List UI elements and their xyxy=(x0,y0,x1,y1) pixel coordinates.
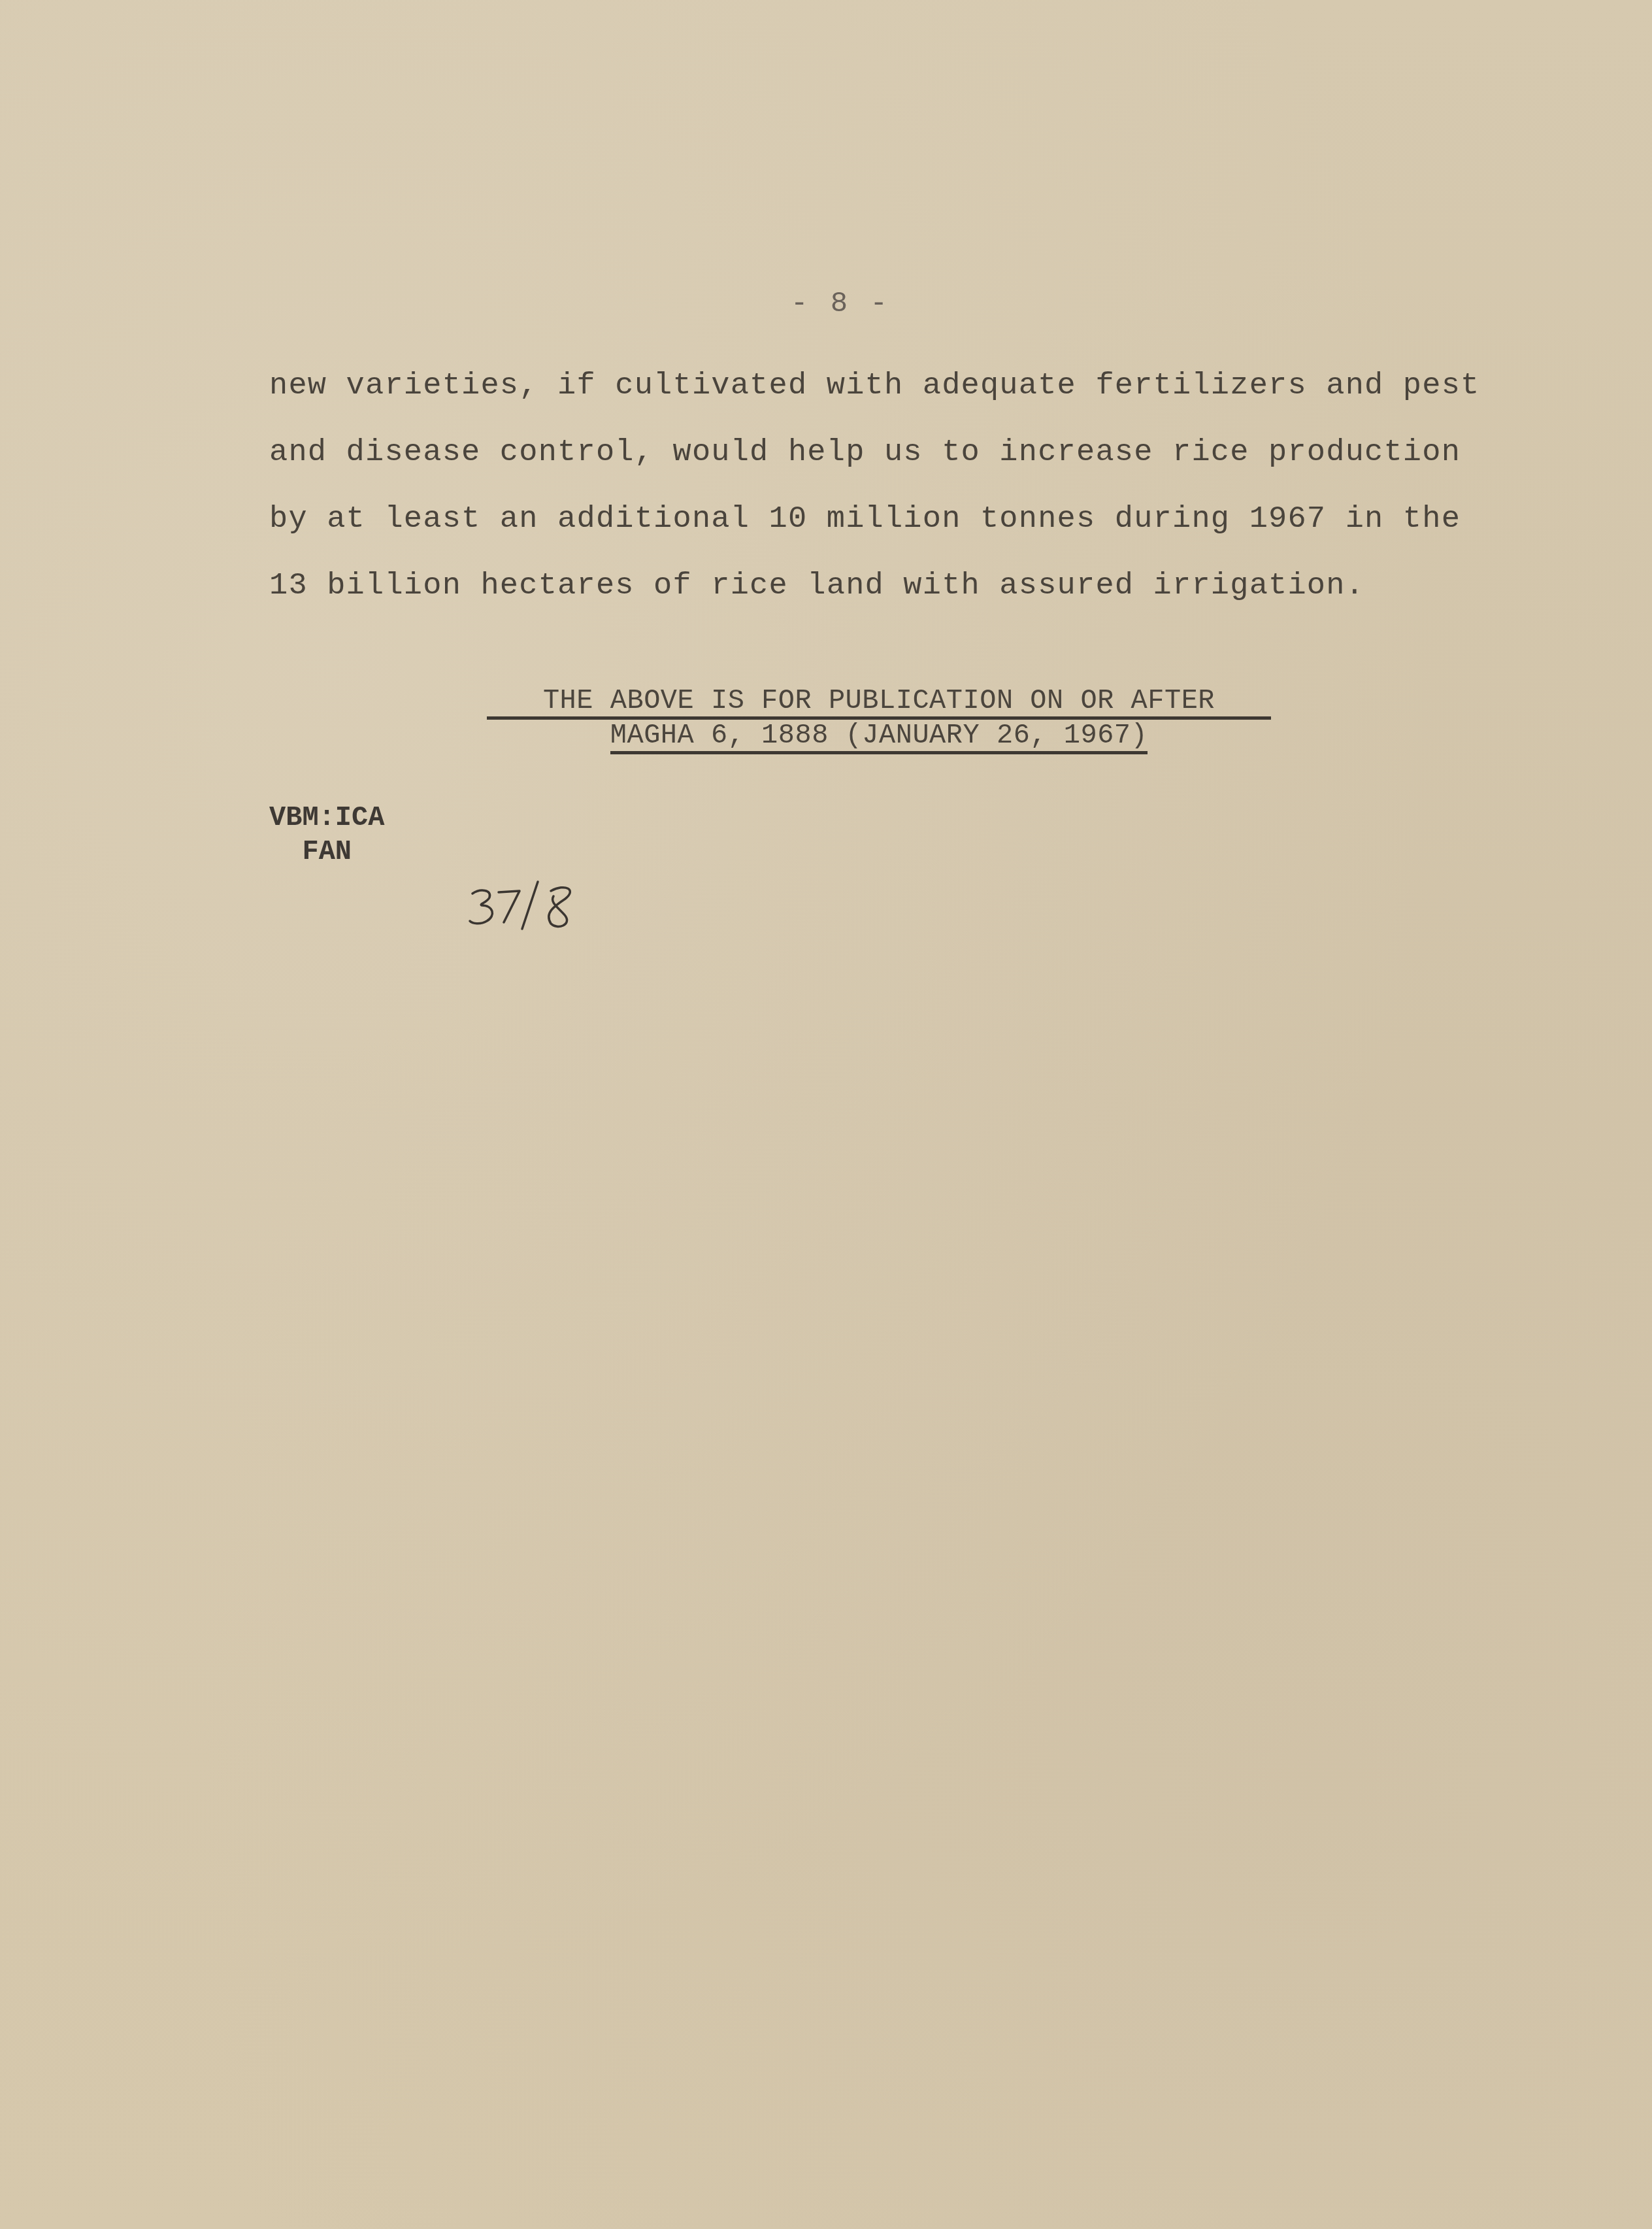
page-number: - 8 - xyxy=(791,288,890,320)
paper-background xyxy=(0,0,1652,2229)
body-line: by at least an additional 10 million ton… xyxy=(269,486,1511,553)
publication-notice: THE ABOVE IS FOR PUBLICATION ON OR AFTER… xyxy=(487,686,1271,754)
body-line: new varieties, if cultivated with adequa… xyxy=(269,353,1511,420)
reference-initials: VBM:ICA FAN xyxy=(269,801,384,869)
body-paragraph: new varieties, if cultivated with adequa… xyxy=(269,353,1511,620)
publication-notice-line-2: MAGHA 6, 1888 (JANUARY 26, 1967) xyxy=(610,721,1148,754)
body-line: 13 billion hectares of rice land with as… xyxy=(269,553,1511,620)
publication-notice-line-1: THE ABOVE IS FOR PUBLICATION ON OR AFTER xyxy=(487,686,1271,720)
reference-initials-text: VBM:ICA xyxy=(269,802,384,833)
reference-office-text: FAN xyxy=(302,836,352,867)
body-line: and disease control, would help us to in… xyxy=(269,420,1511,486)
handwritten-note: 37/8 xyxy=(467,879,585,931)
